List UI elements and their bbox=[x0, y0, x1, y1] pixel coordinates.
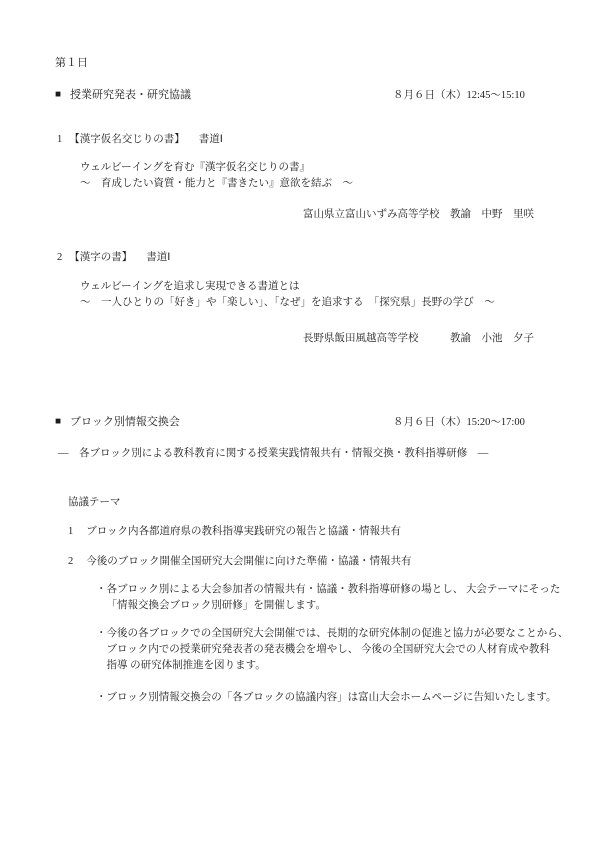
note-paragraph: ・ブロック別情報交換会の「各ブロックの協議内容」は富山大会ホームページに告知いた… bbox=[96, 690, 576, 706]
document-page: 第１日 ■授業研究発表・研究協議 ８月６日（木）12:45～15:10 1【漢字… bbox=[0, 0, 595, 841]
presentation-theme: ウェルビーイングを追求し実現できる書道とは ～ 一人ひとりの「好き」や「楽しい」… bbox=[80, 279, 495, 311]
presentation-category: 【漢字仮名交じりの書】 bbox=[69, 134, 185, 145]
presentation-category: 【漢字の書】 bbox=[69, 252, 132, 263]
session2-subtitle: ― 各ブロック別による教科教育に関する授業実践情報共有・情報交換・教科指導研修 … bbox=[58, 445, 488, 460]
agenda-item-text: ブロック内各都道府県の教科指導実践研究の報告と協議・情報共有 bbox=[86, 526, 401, 537]
agenda-item-number: 2 bbox=[68, 556, 73, 567]
agenda-label: 協議テーマ bbox=[68, 494, 121, 509]
presenter-line: 富山県立富山いずみ高等学校 教諭 中野 里咲 bbox=[303, 206, 534, 221]
session2-title: ブロック別情報交換会 bbox=[70, 416, 180, 428]
session1-title: 授業研究発表・研究協議 bbox=[70, 89, 191, 101]
day-heading: 第１日 bbox=[55, 54, 88, 70]
presentation-theme: ウェルビーイングを育む『漢字仮名交じりの書』 ～ 育成したい資質・能力と『書きた… bbox=[80, 160, 353, 192]
agenda-item-number: 1 bbox=[68, 526, 73, 537]
session1-datetime: ８月６日（木）12:45～15:10 bbox=[393, 87, 525, 102]
presentation-2-heading: 2【漢字の書】書道Ⅰ bbox=[57, 249, 170, 264]
presentation-subject: 書道Ⅰ bbox=[146, 252, 170, 263]
agenda-item-text: 今後のブロック開催全国研究大会開催に向けた準備・協議・情報共有 bbox=[86, 556, 411, 567]
agenda-item: 1ブロック内各都道府県の教科指導実践研究の報告と協議・情報共有 bbox=[68, 523, 401, 538]
presentation-number: 2 bbox=[57, 252, 62, 263]
session2-datetime: ８月６日（木）15:20～17:00 bbox=[393, 414, 525, 429]
note-paragraph: ・今後の各ブロックでの全国研究大会開催では、長期的な研究体制の促進と協力が必要な… bbox=[96, 626, 576, 674]
agenda-item: 2今後のブロック開催全国研究大会開催に向けた準備・協議・情報共有 bbox=[68, 553, 412, 568]
note-paragraph: ・各ブロック別による大会参加者の情報共有・協議・教科指導研修の場とし、 大会テー… bbox=[96, 582, 576, 614]
section-square-icon: ■ bbox=[55, 416, 61, 427]
presentation-number: 1 bbox=[57, 134, 62, 145]
session2-header: ■ブロック別情報交換会 bbox=[55, 412, 180, 430]
session1-header: ■授業研究発表・研究協議 bbox=[55, 85, 191, 103]
presenter-line: 長野県飯田風越高等学校 教諭 小池 夕子 bbox=[303, 330, 534, 345]
presentation-1-heading: 1【漢字仮名交じりの書】書道Ⅰ bbox=[57, 131, 223, 146]
section-square-icon: ■ bbox=[55, 89, 61, 100]
presentation-subject: 書道Ⅰ bbox=[199, 134, 223, 145]
